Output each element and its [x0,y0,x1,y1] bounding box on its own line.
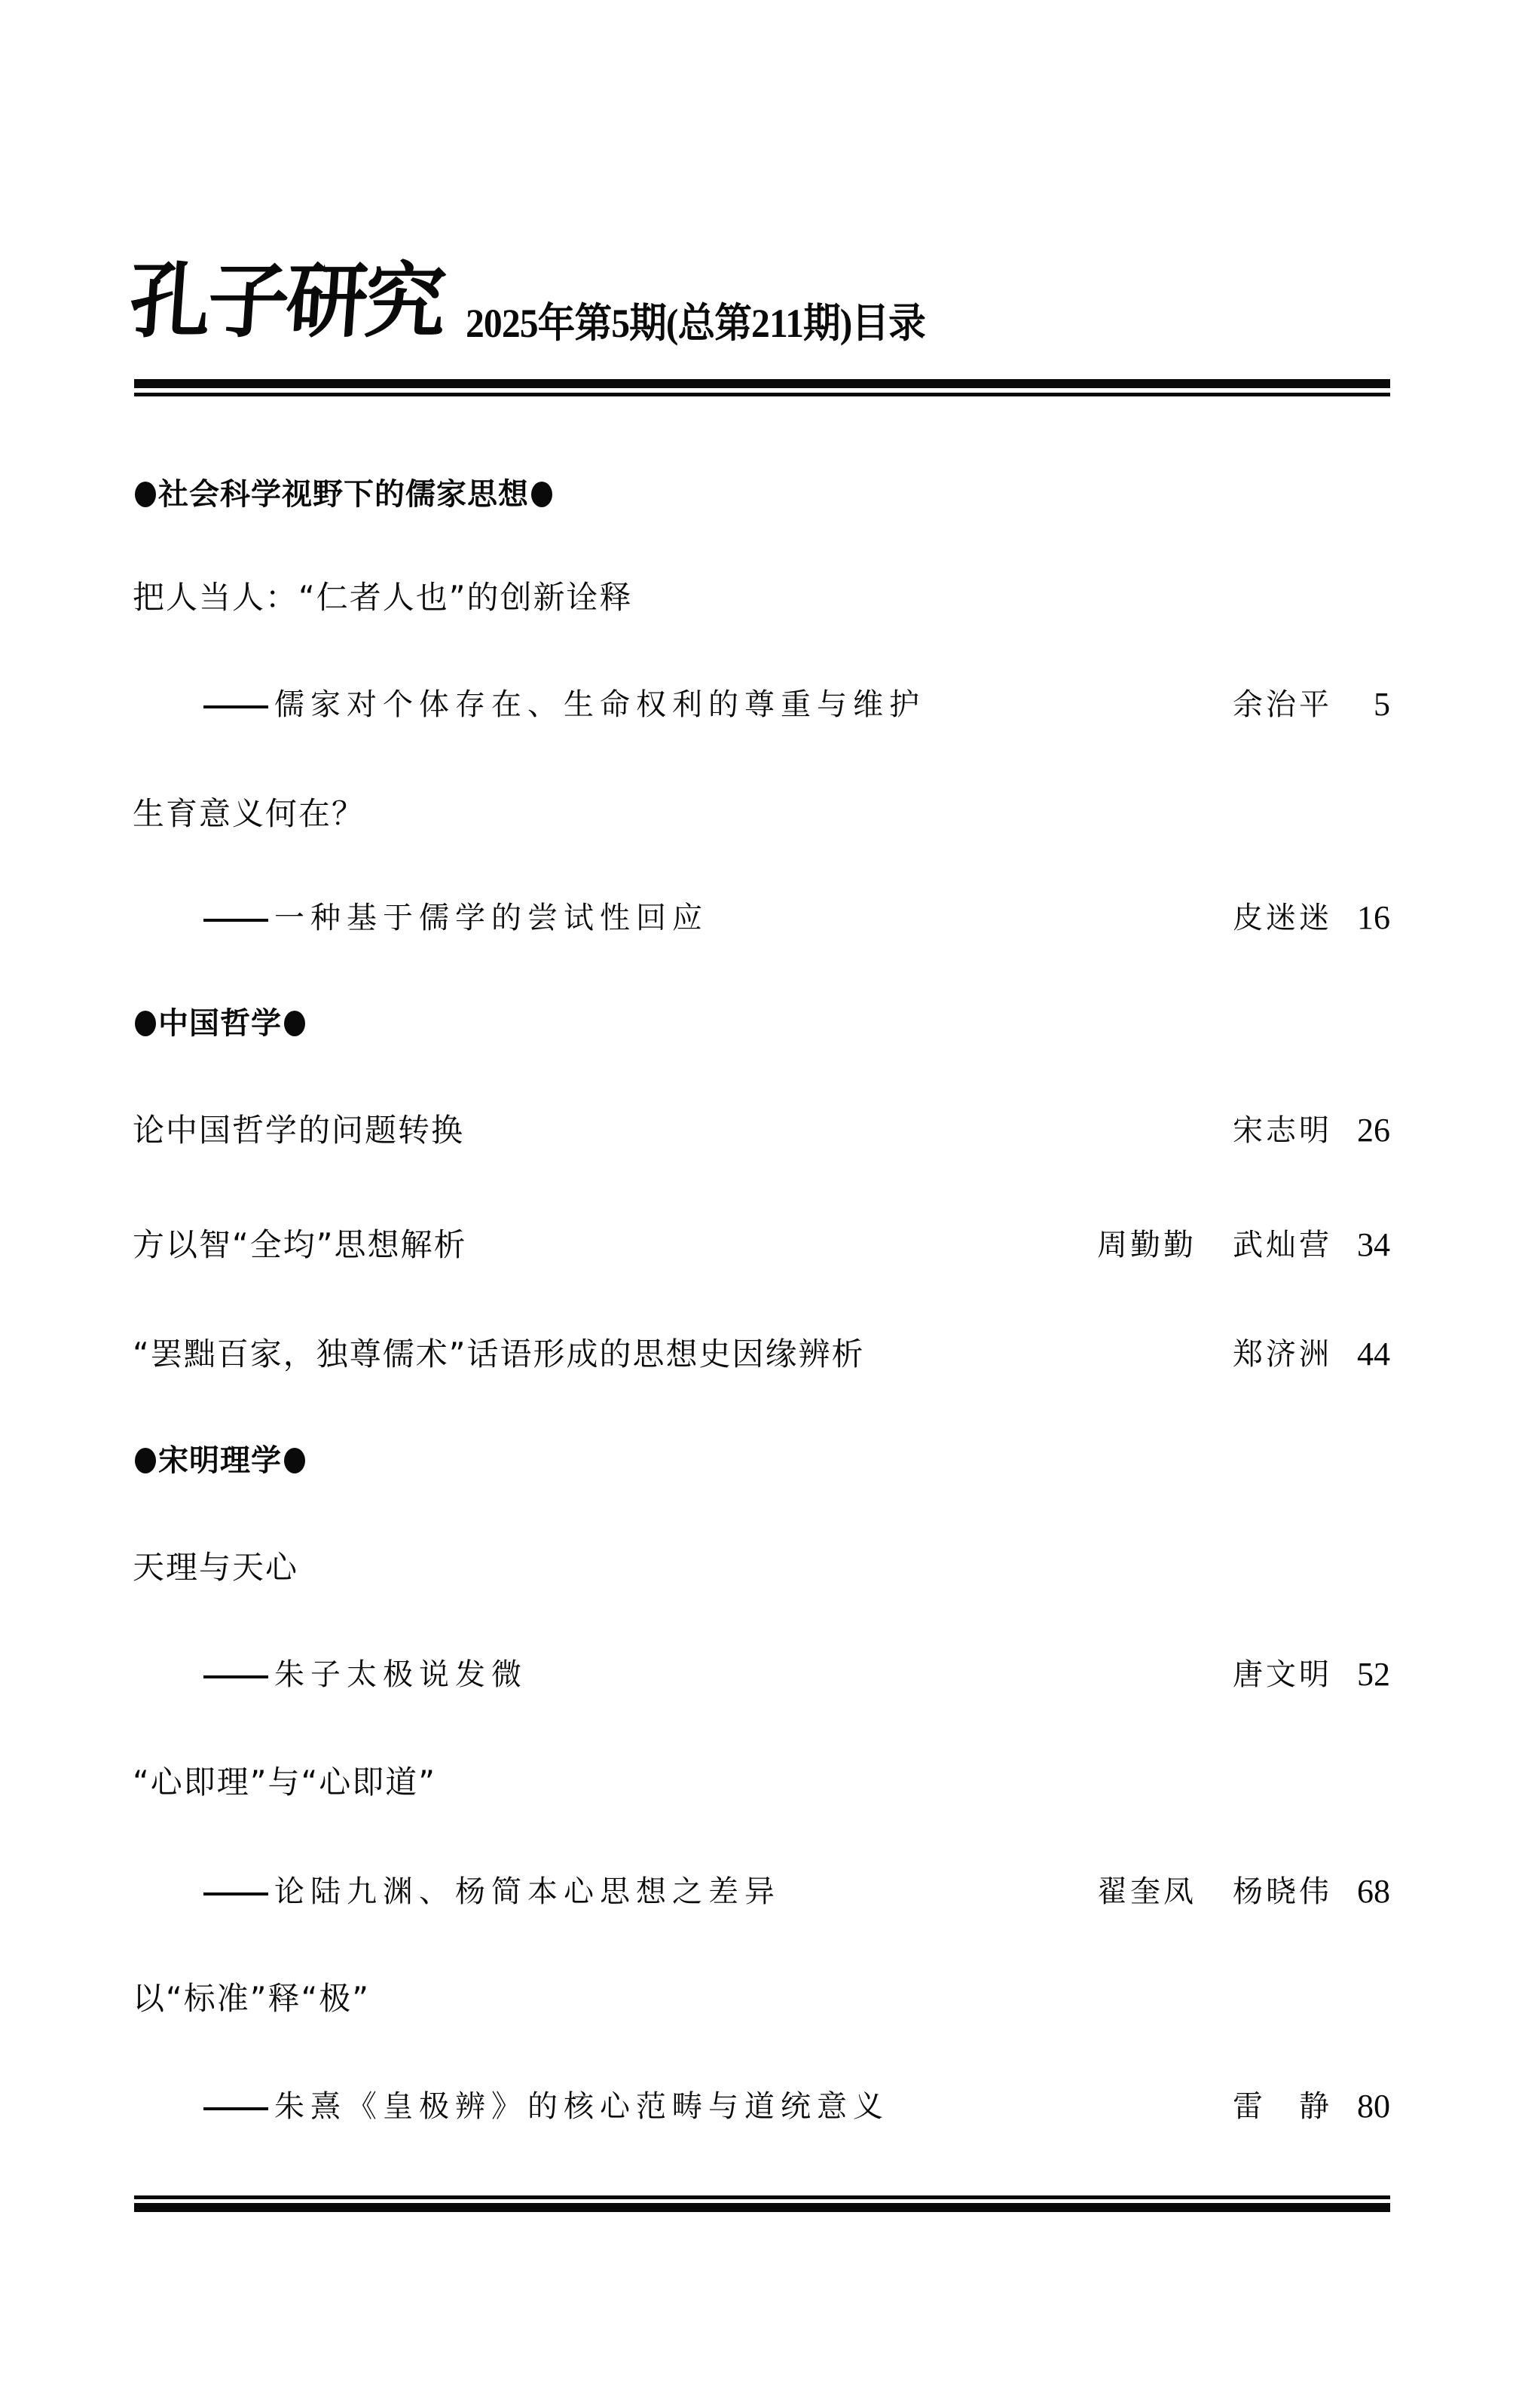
article-title[interactable]: 天理与天心 [133,1545,298,1590]
section-heading: 社会科学视野下的儒家思想 [133,472,555,517]
header-rule-thick [134,379,1390,388]
article-author: 翟奎凤 [1097,1869,1197,1914]
toc-entry-title-row[interactable]: 把人当人：“仁者人也”的创新诠释 [0,575,1513,620]
bullet-icon [135,1448,156,1473]
section-heading-label: 宋明理学 [158,1443,282,1478]
article-author: 杨晓伟 [1233,1869,1332,1914]
footer-rule-thin [134,2195,1390,2199]
article-title[interactable]: 方以智“全均”思想解析 [133,1222,467,1268]
article-author: 雷 静 [1233,2084,1332,2129]
page-number[interactable]: 34 [1357,1222,1390,1268]
article-subtitle[interactable]: 儒家对个体存在、生命权利的尊重与维护 [203,682,925,727]
toc-entry-title-row[interactable]: “心即理”与“心即道” [0,1760,1513,1805]
article-author: 武灿营 [1233,1222,1332,1268]
section-heading: 中国哲学 [133,1001,307,1046]
page-number[interactable]: 5 [1374,682,1390,727]
article-author: 余治平 [1233,682,1332,727]
toc-entry-title-row[interactable]: 生育意义何在？ [0,791,1513,837]
article-author: 唐文明 [1233,1652,1332,1697]
toc-entry-title-row[interactable]: 天理与天心 [0,1545,1513,1590]
bullet-icon [284,1011,305,1036]
toc-entry-title-row[interactable]: 以“标准”释“极” [0,1976,1513,2021]
article-subtitle[interactable]: 朱子太极说发微 [203,1652,527,1697]
toc-entry-subtitle-row[interactable]: 儒家对个体存在、生命权利的尊重与维护 余治平 5 [0,682,1513,727]
toc-entry-row[interactable]: “罢黜百家，独尊儒术”话语形成的思想史因缘辨析 郑济洲 44 [0,1332,1513,1377]
article-subtitle[interactable]: 朱熹《皇极辨》的核心范畴与道统意义 [203,2084,889,2129]
page-number[interactable]: 16 [1357,895,1390,941]
header-rule-thin [134,393,1390,396]
article-author: 郑济洲 [1233,1332,1332,1377]
journal-logo: 孔子研究 [126,252,446,350]
bullet-icon [135,1011,156,1036]
table-of-contents-page: 孔子研究 2025年第5期(总第211期)目录 社会科学视野下的儒家思想 把人当… [0,0,1513,2408]
section-heading: 宋明理学 [133,1438,307,1483]
footer-rule-thick [134,2203,1390,2212]
toc-entry-subtitle-row[interactable]: 朱子太极说发微 唐文明 52 [0,1652,1513,1697]
bullet-icon [284,1448,305,1473]
article-title[interactable]: “罢黜百家，独尊儒术”话语形成的思想史因缘辨析 [133,1332,865,1377]
toc-entry-row[interactable]: 论中国哲学的问题转换 宋志明 26 [0,1108,1513,1153]
article-subtitle[interactable]: 论陆九渊、杨简本心思想之差异 [203,1869,781,1914]
section-heading-label: 社会科学视野下的儒家思想 [158,477,529,512]
section-heading-row: 宋明理学 [0,1438,1513,1483]
article-author: 皮迷迷 [1233,895,1332,941]
article-title[interactable]: 把人当人：“仁者人也”的创新诠释 [133,575,633,620]
dash-icon [203,2107,268,2110]
page-number[interactable]: 44 [1357,1332,1390,1377]
article-subtitle[interactable]: 一种基于儒学的尝试性回应 [203,895,708,941]
article-author: 周勤勤 [1097,1222,1197,1268]
article-title[interactable]: 论中国哲学的问题转换 [133,1108,464,1153]
issue-title: 2025年第5期(总第211期)目录 [466,298,925,348]
dash-icon [203,705,268,708]
page-number[interactable]: 26 [1357,1108,1390,1153]
toc-entry-row[interactable]: 方以智“全均”思想解析 周勤勤 武灿营 34 [0,1222,1513,1268]
toc-entry-subtitle-row[interactable]: 一种基于儒学的尝试性回应 皮迷迷 16 [0,895,1513,941]
section-heading-label: 中国哲学 [158,1006,282,1041]
page-number[interactable]: 52 [1357,1652,1390,1697]
article-title[interactable]: 以“标准”释“极” [133,1976,370,2021]
page-number[interactable]: 80 [1357,2084,1390,2129]
section-heading-row: 中国哲学 [0,1001,1513,1046]
article-author: 宋志明 [1233,1108,1332,1153]
article-title[interactable]: “心即理”与“心即道” [133,1760,436,1805]
bullet-icon [531,482,552,507]
toc-entry-subtitle-row[interactable]: 朱熹《皇极辨》的核心范畴与道统意义 雷 静 80 [0,2084,1513,2129]
dash-icon [203,1892,268,1895]
section-heading-row: 社会科学视野下的儒家思想 [0,472,1513,517]
bullet-icon [135,482,156,507]
toc-entry-subtitle-row[interactable]: 论陆九渊、杨简本心思想之差异 翟奎凤 杨晓伟 68 [0,1869,1513,1914]
article-title[interactable]: 生育意义何在？ [133,791,365,837]
page-number[interactable]: 68 [1357,1869,1390,1914]
dash-icon [203,1675,268,1678]
dash-icon [203,919,268,922]
